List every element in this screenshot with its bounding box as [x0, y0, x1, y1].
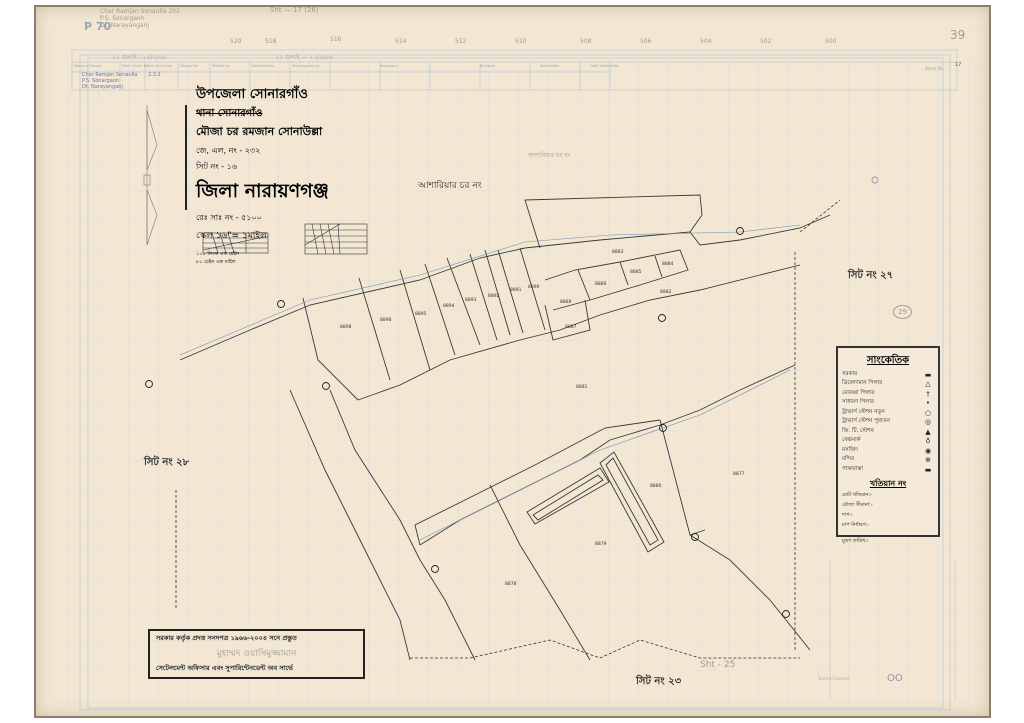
upazila-label: উপজেলা সোনারগাঁও	[196, 85, 329, 106]
legend-info: মাপ নির্ধারণ:-	[838, 521, 938, 531]
plot-number: 8877	[733, 472, 744, 477]
legend-label: ট্রাভার্স স্টেশন নতুন	[842, 409, 885, 417]
general-pillar-icon: •	[922, 399, 934, 407]
traverse-station-old-icon: ◎	[922, 418, 934, 426]
plot-number: 8887	[565, 325, 576, 330]
form-col-header: Draft Publication	[590, 64, 619, 68]
corner-number: 39	[950, 28, 965, 42]
legend-label: মসজিদ	[842, 447, 858, 455]
sheet-no-label: Sheet No.	[925, 66, 944, 71]
certification-stamp: সরকার কর্তৃক প্রদত্ত সনদপত্র ১৯৬৬-২০০৪ স…	[148, 629, 365, 679]
plot-number: 8885	[630, 270, 641, 275]
form-circuit-value: 2.3.2	[148, 72, 161, 78]
mouza-label: মৌজা চর রমজান সোনাউল্লা	[196, 123, 329, 142]
scale-label: স্কেল ১৬"= ১মাইল	[196, 228, 329, 243]
mosque-icon: ◉	[922, 447, 934, 455]
adjacent-mouza-label: আশারিয়ার চর নং	[418, 178, 482, 193]
plot-number: 8879	[595, 542, 606, 547]
form-col-header: Bujharat	[480, 64, 495, 68]
jl-no-label: জে, এল, নং - ২৩২	[196, 145, 329, 158]
legend-label: বেঞ্চমার্ক	[842, 437, 861, 445]
sheet-east-label: সিট নং ২৭	[848, 268, 893, 285]
footer-pencil-note: Sht - 25	[700, 660, 735, 670]
plot-number: 8892	[488, 294, 499, 299]
legend-row: মসজিদ◉	[838, 446, 938, 456]
form-col-header: Examined by	[252, 64, 275, 68]
district-label: জিলা নারায়ণগঞ্জ	[196, 177, 329, 209]
plot-number: 8891	[510, 288, 521, 293]
grid-number: 518	[265, 38, 276, 45]
legend-row: ট্রাভার্স স্টেশন নতুন○	[838, 408, 938, 418]
grid-number: 500	[825, 38, 836, 45]
plot-number: 8895	[415, 312, 426, 317]
legend-row: সাধারণ পিলার•	[838, 399, 938, 409]
plot-number: 8890	[528, 285, 539, 290]
plot-number: 8894	[443, 304, 454, 309]
traverse-station-new-icon: ○	[922, 409, 934, 417]
stamp-line-3: সেটেলমেন্ট অফিসার এবং সুপারিন্টেনডেন্ট অ…	[150, 661, 363, 676]
legend-label: পাকারাস্তা	[842, 466, 863, 474]
rs-no-label: রেঃ সাঃ নং - ৫১০০	[196, 212, 329, 225]
stamp-signature: মুহাম্মদ ওয়াসিমুজ্জামান	[150, 646, 363, 661]
plot-number: 8896	[380, 318, 391, 323]
plot-number: 8884	[662, 262, 673, 267]
paved-road-icon: ▬	[922, 466, 934, 474]
government-icon: ▬	[922, 371, 934, 379]
grid-number: 506	[640, 38, 651, 45]
form-col-header: Sub Circuit No.	[147, 64, 173, 68]
legend-info: মুদ্রণ তারিখ:-	[838, 537, 938, 547]
legend-row: ত্রিকোণমান পিলার△	[838, 380, 938, 390]
map-legend: সাংকেতিক সরকার▬ ত্রিকোণমান পিলার△ মোরব্ব…	[836, 346, 940, 537]
footer-oo-mark: OO	[887, 673, 903, 684]
form-dt-value: Dt. Narayanganj	[82, 84, 123, 90]
grid-number: 510	[515, 38, 526, 45]
legend-row: পাকারাস্তা▬	[838, 465, 938, 475]
stamp-line-1: সরকার কর্তৃক প্রদত্ত সনদপত্র ১৯৬৬-২০০৪ স…	[150, 631, 363, 646]
plot-number: 8886	[595, 282, 606, 287]
form-col-header: Attestation	[540, 64, 559, 68]
legend-row: ট্রাভার্স স্টেশন পুরাতন◎	[838, 418, 938, 428]
grid-number: 508	[580, 38, 591, 45]
legend-label: মন্দির	[842, 456, 854, 464]
legend-info: দাগ:-	[838, 511, 938, 521]
gt-station-icon: ▲	[922, 428, 934, 436]
plot-number: 8889	[560, 300, 571, 305]
pencil-top-label: আশারিয়ার চর নং	[528, 150, 570, 161]
plot-number: 8883	[612, 250, 623, 255]
sheet-west-label: সিট নং ২৮	[144, 455, 189, 472]
legend-row: মোরব্বা পিলার†	[838, 389, 938, 399]
sheet-no-label: সিট নং - ১৬	[196, 161, 329, 174]
grid-number: 512	[455, 38, 466, 45]
legend-label: জি. টি. স্টেশন	[842, 428, 874, 436]
footer-stamp-text: Traced Checked	[818, 676, 850, 681]
plot-number: 8898	[340, 325, 351, 330]
title-block: উপজেলা সোনারগাঁও থানা সোনারগাঁও মৌজা চর …	[196, 85, 329, 267]
legend-label: সরকার	[842, 371, 857, 379]
plot-number: 8881	[576, 385, 587, 390]
temple-icon: ⊕	[922, 456, 934, 464]
plot-number: 8882	[660, 290, 671, 295]
sheet-south-label: সিট নং ২৩	[636, 674, 681, 691]
plot-number: 8878	[505, 582, 516, 587]
form-col-header: Khanapuri	[380, 64, 398, 68]
plot-number: 8893	[465, 298, 476, 303]
legend-label: মোরব্বা পিলার	[842, 390, 874, 398]
legend-title: সাংকেতিক	[838, 353, 938, 370]
legend-label: ট্রাভার্স স্টেশন পুরাতন	[842, 418, 890, 426]
legend-label: সাধারণ পিলার	[842, 399, 874, 407]
legend-info: মৌজা সীমানা:-	[838, 501, 938, 511]
pencil-note-1: Char Ramjan Sonaulla 202	[100, 8, 180, 15]
grid-number: 502	[760, 38, 771, 45]
legend-label: ত্রিকোণমান পিলার	[842, 380, 882, 388]
handwritten-date: ২৫ গুলাই - ২৫/২/৬৬	[112, 52, 166, 63]
thana-struck-label: থানা সোনারগাঁও	[196, 106, 329, 123]
legend-section2-title: খতিয়ান নং	[838, 478, 938, 491]
handwritten-date: ২৫ গুলাই — ২০/২/৬৬	[275, 52, 333, 63]
pencil-note-3: Dt. Narayanganj	[100, 22, 149, 29]
form-col-header: Name of Mouza	[74, 64, 101, 68]
form-col-header: Main Circuit No.	[122, 64, 150, 68]
pencil-sheet-note: Sht — 17 (26)	[270, 6, 319, 14]
form-col-header: Promulgated by	[292, 64, 320, 68]
pencil-note-2: P.S. Sonargaon	[100, 15, 145, 22]
legend-row: জি. টি. স্টেশন▲	[838, 427, 938, 437]
scale-note-2: ৮০ চেইন এক মাইল	[196, 259, 329, 267]
sheet-no-value: 17	[955, 62, 961, 68]
form-col-header: Plotted by	[212, 64, 230, 68]
grid-number: 514	[395, 38, 406, 45]
grid-number: 504	[700, 38, 711, 45]
plot-number: 8880	[650, 484, 661, 489]
scale-note-1: ১০০ লিংক এক চেইন	[196, 251, 329, 259]
triangulation-pillar-icon: △	[922, 380, 934, 388]
form-col-header: Village No.	[180, 64, 199, 68]
benchmark-icon: ♁	[922, 437, 934, 445]
circled-number: 29	[893, 305, 912, 319]
legend-info: মোট খতিয়ান:-	[838, 491, 938, 501]
grid-number: 516	[330, 36, 341, 43]
legend-row: সরকার▬	[838, 370, 938, 380]
square-pillar-icon: †	[922, 390, 934, 398]
grid-number: 520	[230, 38, 241, 45]
legend-row: মন্দির⊕	[838, 456, 938, 466]
legend-row: বেঞ্চমার্ক♁	[838, 437, 938, 447]
